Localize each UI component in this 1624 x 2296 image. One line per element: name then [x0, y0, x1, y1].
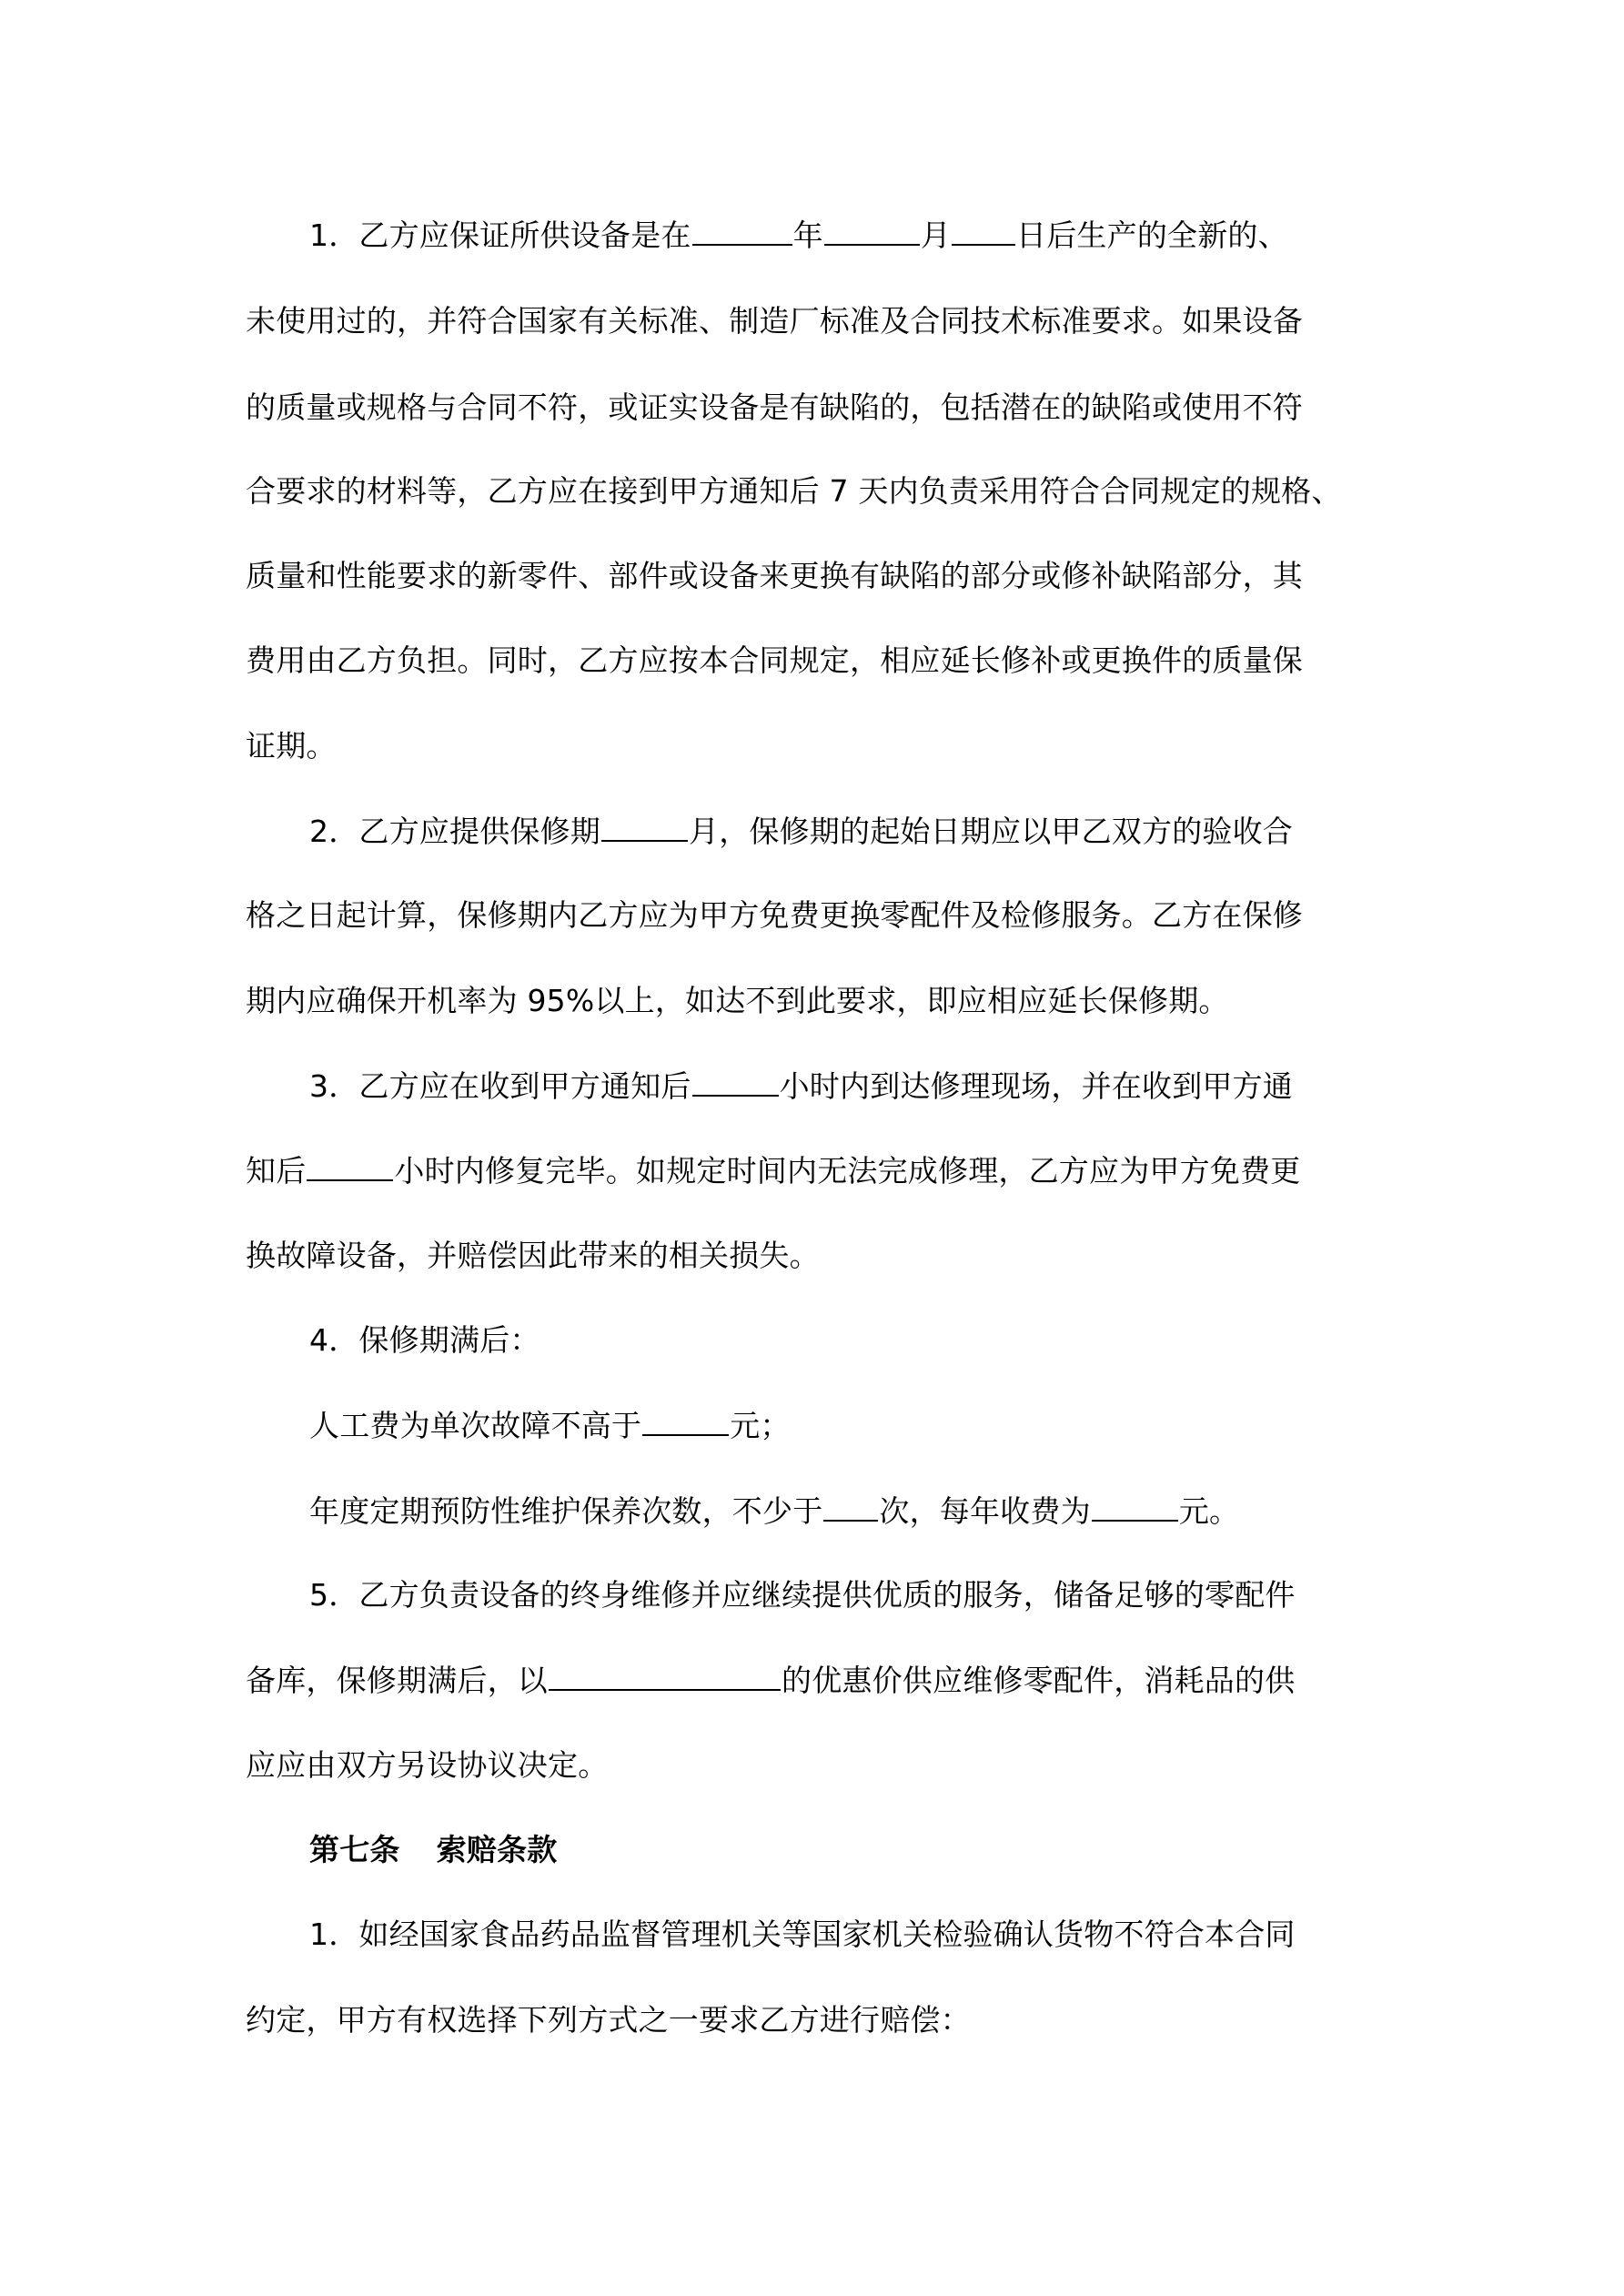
blank-warranty-months[interactable]	[601, 813, 688, 842]
text-segment: 备库，保修期满后，以	[246, 1663, 548, 1698]
text-segment: 3．乙方应在收到甲方通知后	[309, 1068, 691, 1104]
blank-annual-fee[interactable]	[1092, 1492, 1178, 1522]
item-3-line-2: 知后小时内修复完毕。如规定时间内无法完成修理，乙方应为甲方免费更	[246, 1152, 1300, 1188]
item-5-line-3: 应应由双方另设协议决定。	[246, 1747, 608, 1784]
text-segment: 元；	[730, 1408, 790, 1443]
item-5-line-1: 5．乙方负责设备的终身维修并应继续提供优质的服务，储备足够的零配件	[309, 1577, 1296, 1613]
item-4-line-3: 年度定期预防性维护保养次数，不少于次，每年收费为元。	[309, 1492, 1239, 1529]
item-2-line-1: 2．乙方应提供保修期月，保修期的起始日期应以甲乙双方的验收合	[309, 813, 1293, 849]
text-segment: 人工费为单次故障不高于	[309, 1408, 641, 1443]
blank-labor-fee[interactable]	[642, 1407, 729, 1436]
blank-arrival-hours[interactable]	[692, 1067, 779, 1097]
text-segment: 次，每年收费为	[879, 1493, 1090, 1529]
text-segment: 1．乙方应保证所供设备是在	[309, 217, 691, 253]
item-1-line-6: 费用由乙方负担。同时，乙方应按本合同规定，相应延长修补或更换件的质量保	[246, 642, 1303, 679]
clause-7-heading: 第七条索赔条款	[309, 1832, 557, 1868]
text-segment: 年度定期预防性维护保养次数，不少于	[309, 1493, 822, 1529]
text-segment: 的优惠价供应维修零配件，消耗品的供	[782, 1663, 1295, 1698]
item-1-line-5: 质量和性能要求的新零件、部件或设备来更换有缺陷的部分或修补缺陷部分，其	[246, 558, 1303, 594]
item-1-line-3: 的质量或规格与合同不符，或证实设备是有缺陷的，包括潜在的缺陷或使用不符	[246, 389, 1303, 426]
item-5-line-2: 备库，保修期满后，以的优惠价供应维修零配件，消耗品的供	[246, 1662, 1295, 1698]
text-segment: 小时内修复完毕。如规定时间内无法完成修理，乙方应为甲方免费更	[394, 1153, 1300, 1188]
blank-repair-hours[interactable]	[307, 1152, 393, 1181]
item-1-line-4: 合要求的材料等，乙方应在接到甲方通知后 7 天内负责采用符合合同规定的规格、	[246, 473, 1342, 510]
item-1-line-2: 未使用过的，并符合国家有关标准、制造厂标准及合同技术标准要求。如果设备	[246, 303, 1303, 339]
text-segment: 2．乙方应提供保修期	[309, 814, 600, 849]
blank-discount-price[interactable]	[549, 1662, 781, 1691]
blank-maintenance-count[interactable]	[823, 1492, 878, 1522]
text-segment: 知后	[246, 1153, 306, 1188]
item-1-line-1: 1．乙方应保证所供设备是在年月日后生产的全新的、	[309, 217, 1288, 253]
blank-month[interactable]	[824, 217, 920, 246]
item-2-line-3: 期内应确保开机率为 95%以上，如达不到此要求，即应相应延长保修期。	[246, 983, 1229, 1019]
text-segment: 小时内到达修理现场，并在收到甲方通	[780, 1068, 1293, 1104]
blank-year[interactable]	[692, 217, 792, 246]
heading-title: 索赔条款	[437, 1832, 558, 1867]
heading-number: 第七条	[309, 1832, 400, 1867]
text-segment: 年	[793, 217, 823, 253]
clause-7-item-1-line-1: 1．如经国家食品药品监督管理机关等国家机关检验确认货物不符合本合同	[309, 1917, 1296, 1953]
text-segment: 月，保修期的起始日期应以甲乙双方的验收合	[689, 814, 1293, 849]
clause-7-item-1-line-2: 约定，甲方有权选择下列方式之一要求乙方进行赔偿：	[246, 2002, 971, 2038]
text-segment: 月	[921, 217, 951, 253]
blank-day[interactable]	[952, 217, 1015, 246]
item-2-line-2: 格之日起计算，保修期内乙方应为甲方免费更换零配件及检修服务。乙方在保修	[246, 897, 1303, 934]
item-1-line-7: 证期。	[246, 728, 337, 764]
item-3-line-1: 3．乙方应在收到甲方通知后小时内到达修理现场，并在收到甲方通	[309, 1067, 1293, 1104]
item-4-line-2: 人工费为单次故障不高于元；	[309, 1407, 791, 1443]
item-4-line-1: 4．保修期满后：	[309, 1322, 540, 1359]
item-3-line-3: 换故障设备，并赔偿因此带来的相关损失。	[246, 1238, 820, 1274]
document-page: 1．乙方应保证所供设备是在年月日后生产的全新的、 未使用过的，并符合国家有关标准…	[0, 0, 1624, 2296]
text-segment: 日后生产的全新的、	[1016, 217, 1288, 253]
text-segment: 元。	[1179, 1493, 1239, 1529]
